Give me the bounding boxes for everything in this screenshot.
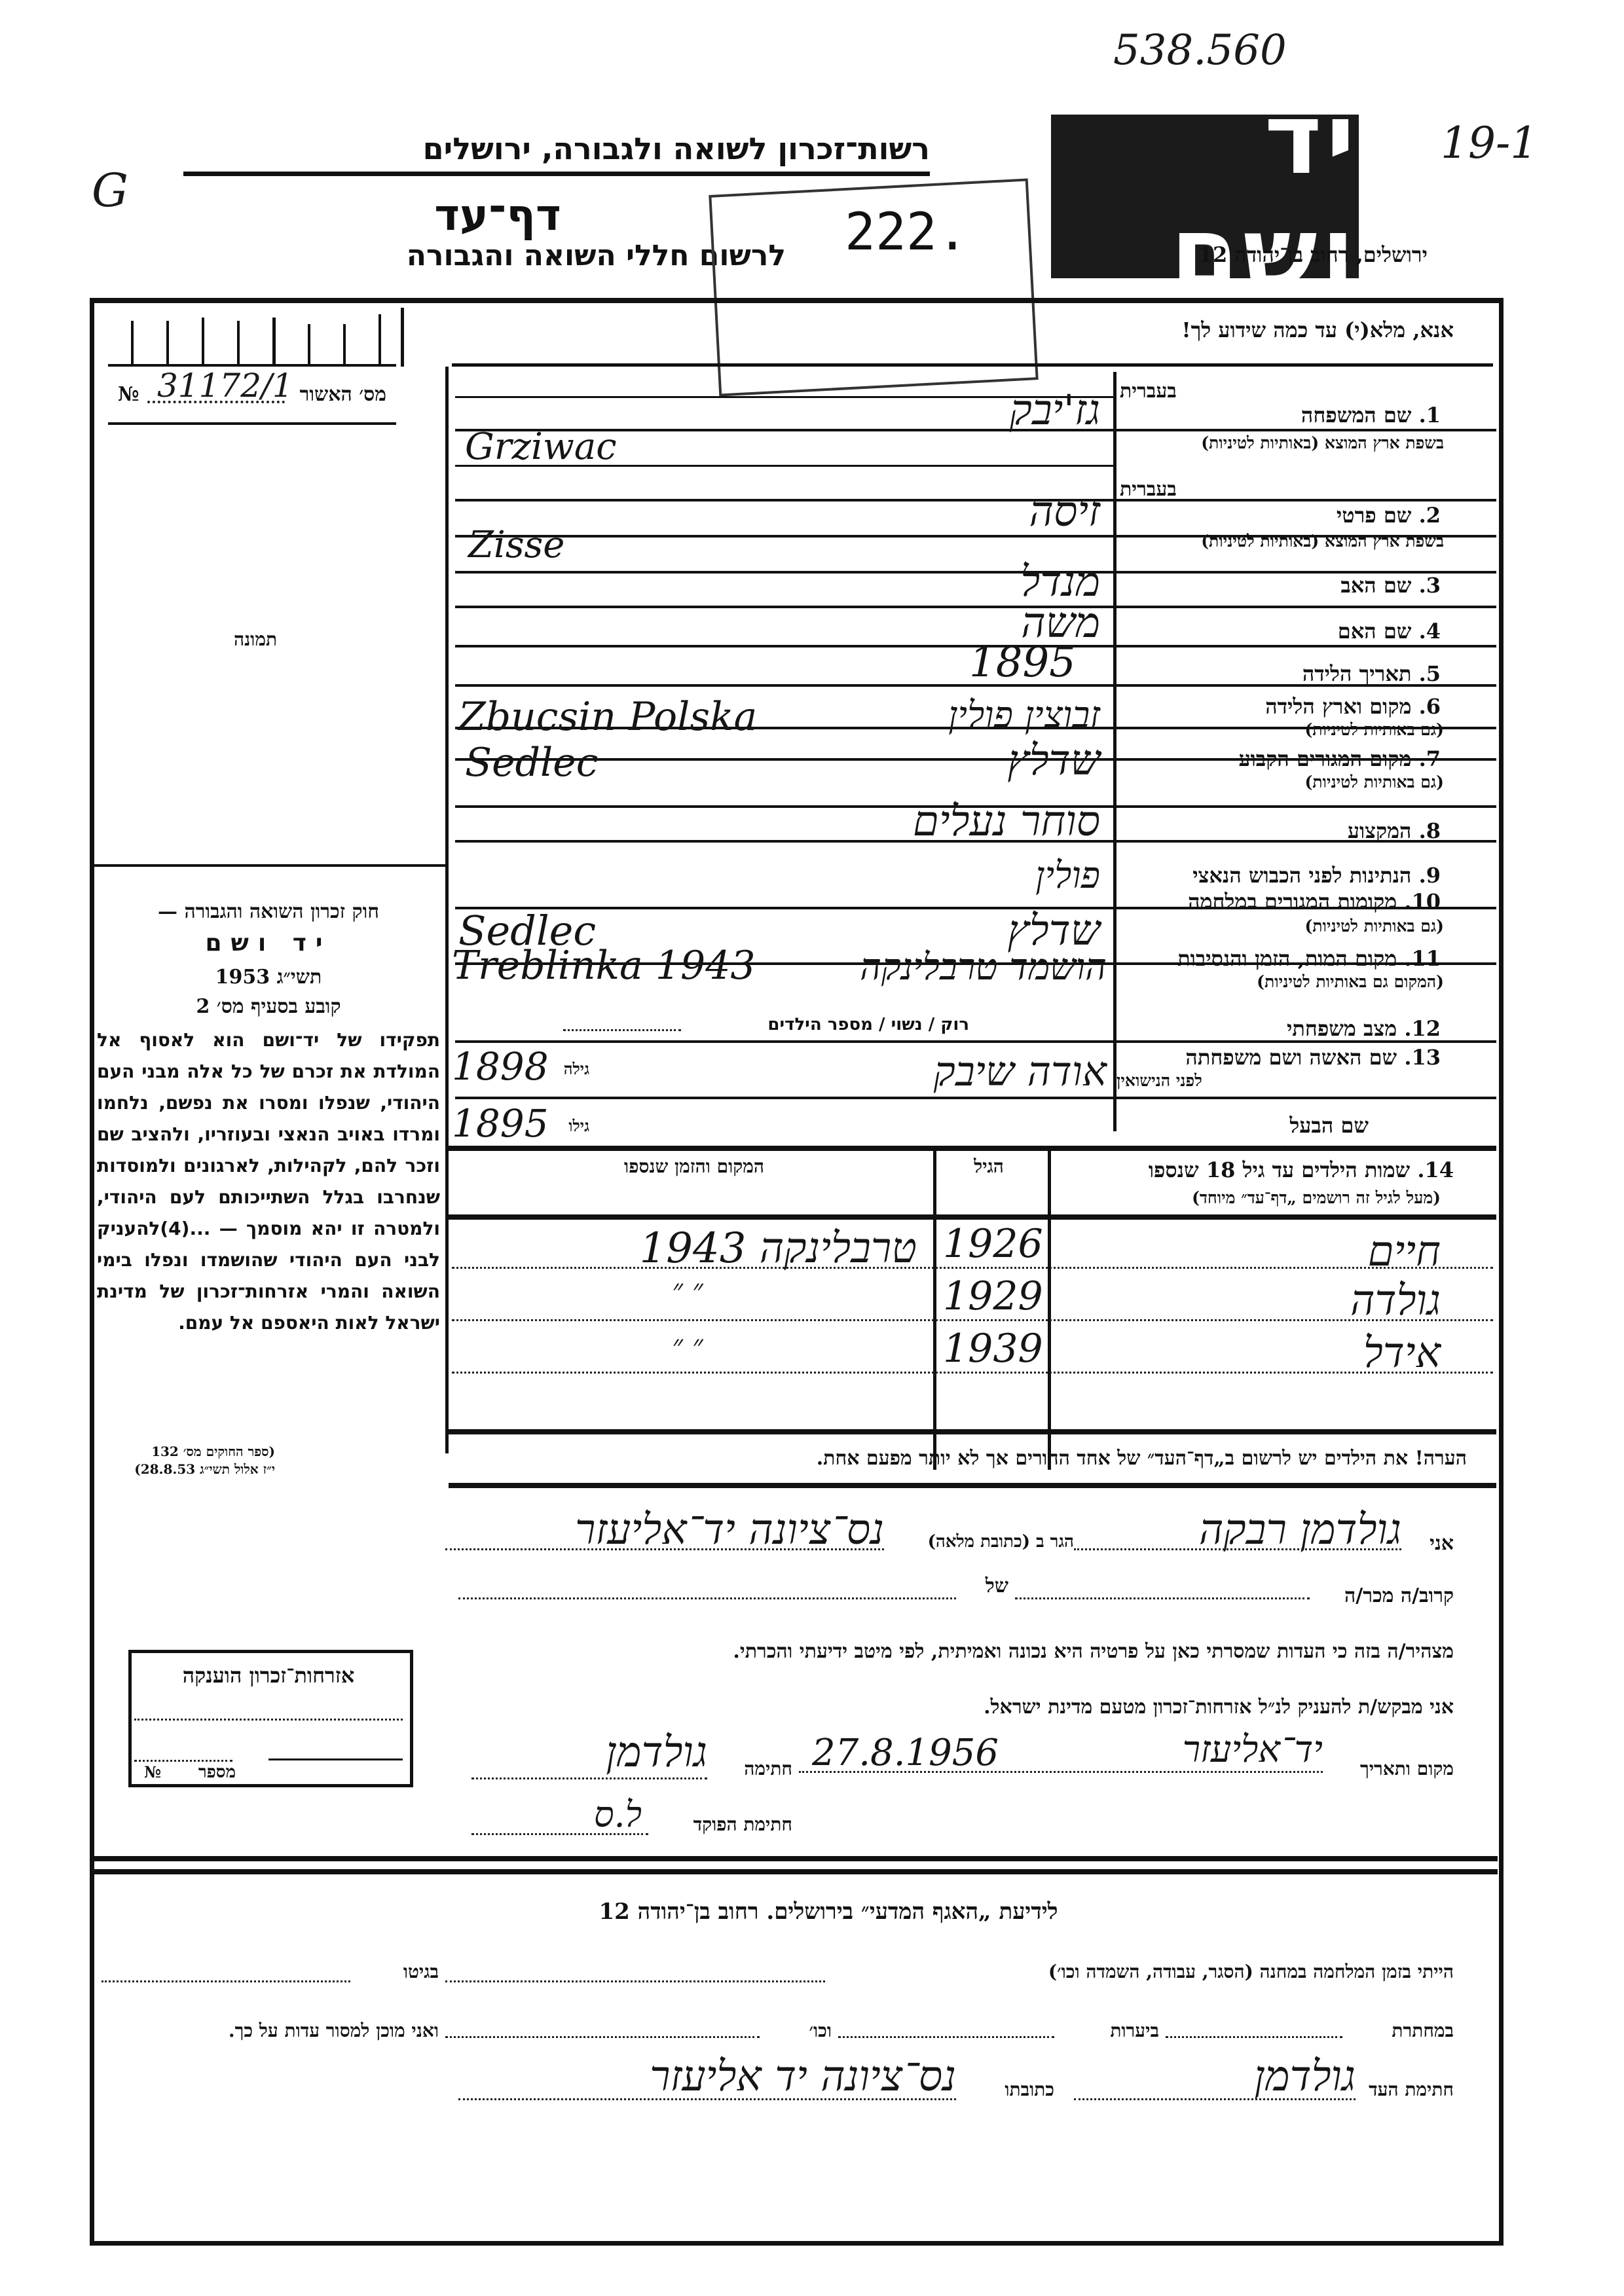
field-2-value-hebrew[interactable]: זיסה xyxy=(904,488,1100,536)
field-10-num: 10. xyxy=(1404,889,1441,914)
field-5-title: תאריך הלידה xyxy=(1302,661,1412,686)
field-13-num: 13. xyxy=(1404,1045,1441,1070)
citizenship-line-3 xyxy=(268,1758,403,1760)
field-7-title: מקום המגורים הקבוע xyxy=(1238,746,1411,771)
col-age-header: הגיל xyxy=(943,1156,1035,1178)
husband-label: שם הבעל xyxy=(1126,1113,1369,1138)
address: ירושלים, רחוב בן־יהודה 12 xyxy=(1061,242,1428,267)
footer-divider-top xyxy=(90,1856,1498,1861)
field-2-label: 2. שם פרטי xyxy=(1126,503,1441,528)
law-body: תפקידו של יד־ושם הוא לאסוף אל המולדת את … xyxy=(97,1025,440,1339)
field-10-label: 10. מקומות המגורים במלחמה xyxy=(1126,889,1441,914)
field-6-label: 6. מקום וארץ הלידה xyxy=(1126,694,1441,719)
no-symbol: № xyxy=(118,383,139,406)
date-value[interactable]: 27.8.1956 xyxy=(812,1732,999,1774)
children-bottom-divider xyxy=(449,1429,1496,1434)
field-7-num: 7. xyxy=(1419,746,1441,771)
children-title: 14. שמות הילדים עד גיל 18 שנספו xyxy=(1041,1157,1454,1182)
tick xyxy=(343,324,346,364)
field-2-sub: בשפת ארץ המוצא (באותיות לטיניות) xyxy=(1116,532,1444,551)
tick xyxy=(378,314,381,364)
ani-label: אני xyxy=(1408,1532,1454,1555)
wife-age-label: גילה xyxy=(544,1059,589,1079)
children-title-text: שמות הילדים עד גיל 18 שנספו xyxy=(1149,1157,1410,1182)
field-6-sub: (גם באותיות לטיניות) xyxy=(1116,720,1444,740)
field-1-label: 1. שם המשפחה xyxy=(1126,403,1441,428)
field-3-title: שם האב xyxy=(1340,573,1411,598)
field-7-label: 7. מקום המגורים הקבוע xyxy=(1126,746,1441,771)
field-1-title: שם המשפחה xyxy=(1301,403,1412,428)
field-6-value-hebrew[interactable]: זבוצין פולין xyxy=(838,694,1100,737)
field-2-hebrew-tag: בעברית xyxy=(1120,478,1290,501)
field-5-label: 5. תאריך הלידה xyxy=(1126,661,1441,686)
request: אני מבקש/ת להעניק לנ״ל אזרחות־זכרון מטעם… xyxy=(720,1696,1454,1719)
field-1-value-hebrew[interactable]: גז'יבק xyxy=(904,386,1100,435)
citizenship-title: אזרחות־זכרון הוענקה xyxy=(138,1663,399,1688)
field-1-hebrew-tag: בעברית xyxy=(1120,380,1290,403)
child-3-name[interactable]: אידל xyxy=(1179,1329,1441,1377)
declarant-address-line xyxy=(445,1548,884,1550)
field-7-value-latin[interactable]: Sedlec xyxy=(465,740,598,786)
field-9-label: 9. הנתינות לפני הכבוש הנאצי xyxy=(1126,863,1441,888)
officer-label: חתימת הפוקד xyxy=(655,1813,792,1836)
photo-bottom-line xyxy=(90,864,449,867)
field-4-label: 4. שם האם xyxy=(1126,619,1441,644)
field-13-title: שם האשה ושם משפחתה xyxy=(1185,1045,1397,1070)
law-logo: יד ושם xyxy=(98,930,439,957)
approval-label: מס׳ האשור xyxy=(288,383,386,406)
form-title: דף־עד xyxy=(367,190,629,240)
signature-value[interactable]: גולדמן xyxy=(478,1728,707,1777)
field-13-label: 13. שם האשה ושם משפחתה xyxy=(1126,1045,1441,1070)
left-column-divider xyxy=(445,367,449,1453)
field-11-num: 11. xyxy=(1404,946,1441,971)
footer-etc-label: וכו׳ xyxy=(766,2020,832,2042)
witness-signature-line xyxy=(1074,2098,1356,2100)
stamp-number: 222. xyxy=(845,203,968,262)
field-12-label: 12. מצב משפחתי xyxy=(1126,1016,1441,1041)
child-1-age[interactable]: 1926 xyxy=(943,1221,1043,1267)
field-11-title: מקום המות, הזמן והנסיבות xyxy=(1177,946,1397,971)
footer-forests-label: ביערות xyxy=(1061,2020,1159,2042)
resides-label: הגר ב (כתובת מלאה) xyxy=(891,1532,1074,1552)
witness-address-label: כתובתו xyxy=(963,2079,1054,2101)
field-3-num: 3. xyxy=(1419,573,1441,598)
of-label: של xyxy=(969,1575,1008,1597)
child-1-place[interactable]: טרבלינקה 1943 xyxy=(458,1224,917,1273)
field-11-value-latin[interactable]: Treblinka 1943 xyxy=(452,943,756,989)
approval-divider xyxy=(108,422,396,425)
field-1-num: 1. xyxy=(1419,403,1441,428)
section-divider xyxy=(449,1146,1496,1151)
law-year: תשי״ג 1953 xyxy=(98,966,439,989)
header-divider xyxy=(183,172,930,176)
field-1-sub: בשפת ארץ המוצא (באותיות לטיניות) xyxy=(1116,433,1444,453)
wife-age-value[interactable]: 1898 xyxy=(452,1044,549,1089)
law-title: חוק זכרון השואה והגבורה — xyxy=(98,900,439,923)
tick xyxy=(401,308,404,367)
field-9-num: 9. xyxy=(1419,863,1441,888)
children-subtitle: (מעל לגיל זה רושמים „דף־עד״ מיוחד) xyxy=(1041,1188,1441,1208)
note-text: הערה! את הילדים יש לרשום ב„דף־העד״ של אח… xyxy=(458,1447,1467,1470)
tick xyxy=(202,318,204,364)
ghetto-line xyxy=(101,1980,350,1982)
place-date-line xyxy=(799,1771,1323,1773)
field-7-value-hebrew[interactable]: שדלץ xyxy=(904,737,1100,785)
field-5-num: 5. xyxy=(1419,661,1441,686)
field-13-value[interactable]: אודה שיבק xyxy=(753,1048,1107,1096)
form-subtitle: לרשום חללי השואה והגבורה xyxy=(249,239,786,272)
statement: מצהיר/ה בזה כי העדות שמסרתי כאן על פרטיה… xyxy=(458,1640,1454,1663)
camp-line xyxy=(445,1980,825,1982)
law-source-1: (ספר החוקים מס׳ 132 xyxy=(98,1444,275,1460)
field-8-label: 8. המקצוע xyxy=(1126,818,1441,843)
declarant-address[interactable]: נס־ציונה יד־אליעזר xyxy=(445,1506,884,1554)
witness-address-line xyxy=(458,2098,956,2100)
footer-underground-label: במחתרת xyxy=(1349,2020,1454,2042)
field-6-value-latin[interactable]: Zbucsin Polska xyxy=(458,694,757,740)
witness-signature-label: חתימת העד xyxy=(1362,2079,1454,2101)
field-4-num: 4. xyxy=(1419,619,1441,644)
field-5-value[interactable]: 1895 xyxy=(969,638,1076,687)
child-2-age[interactable]: 1929 xyxy=(943,1273,1043,1319)
field-1-value-latin[interactable]: Grziwac xyxy=(465,426,617,468)
tick xyxy=(131,321,134,364)
officer-signature[interactable]: ל.ס xyxy=(511,1794,642,1835)
field-4-title: שם האם xyxy=(1338,619,1412,644)
tick xyxy=(308,324,310,364)
left-margin-mark: G xyxy=(92,164,128,217)
etc-line xyxy=(445,2036,760,2038)
signature-label: חתימה xyxy=(714,1758,792,1780)
footer-title: לידיעת „האגף המדעי״ בירושלים. רחוב בן־יה… xyxy=(458,1899,1198,1925)
children-count-line xyxy=(563,1029,681,1031)
tick xyxy=(166,321,169,364)
husband-age-value[interactable]: 1895 xyxy=(452,1101,549,1146)
relation-label: קרוב/ה מכר/ה xyxy=(1316,1584,1454,1607)
children-header-divider xyxy=(449,1214,1496,1220)
citizenship-number-label: מספר xyxy=(170,1762,236,1782)
footer-testify-label: ואני מוכן למסור עדות על כך. xyxy=(92,2020,439,2042)
approval-number-field[interactable]: 31172/1 xyxy=(157,367,293,405)
field-13-sub: לפני הנישואין xyxy=(1116,1071,1392,1091)
field-11-label: 11. מקום המות, הזמן והנסיבות xyxy=(1126,946,1441,971)
field-6-title: מקום וארץ הלידה xyxy=(1265,694,1411,719)
field-9-value[interactable]: פולין xyxy=(904,854,1100,897)
child-1-name[interactable]: חיים xyxy=(1179,1228,1441,1276)
field-8-value[interactable]: סוחר נעלים xyxy=(773,797,1100,846)
field-8-num: 8. xyxy=(1419,818,1441,843)
witness-signature[interactable]: גולדמן xyxy=(1074,2052,1356,2101)
of-line xyxy=(458,1597,956,1599)
field-8-title: המקצוע xyxy=(1348,818,1412,843)
officer-line xyxy=(471,1833,648,1835)
place-date-label: מקום ותאריך xyxy=(1329,1758,1454,1780)
field-12-options: רוק / נשוי / מספר הילדים xyxy=(681,1015,969,1034)
citizenship-line-2 xyxy=(134,1760,232,1762)
field-11-sub: (המקום גם באותיות לטיניות) xyxy=(1116,972,1444,992)
field-12-title: מצב משפחתי xyxy=(1287,1016,1397,1041)
field-2-value-latin[interactable]: Zisse xyxy=(468,524,564,566)
col-divider xyxy=(933,1149,936,1470)
footer-divider-bottom xyxy=(90,1869,1498,1874)
instruction-text: אנא, מלא(י) עד כמה שידוע לך! xyxy=(982,318,1454,342)
field-9-title: הנתינות לפני הכבוש הנאצי xyxy=(1192,863,1411,888)
col-place-header: המקום והזמן שנספו xyxy=(498,1156,891,1178)
children-num: 14. xyxy=(1417,1157,1454,1182)
law-section: קובע בסעיף מס׳ 2 xyxy=(98,995,439,1018)
col-divider xyxy=(1048,1149,1051,1470)
photo-placeholder-label[interactable]: תמונה xyxy=(216,629,295,651)
tick xyxy=(272,318,276,364)
husband-age-label: גילו xyxy=(544,1116,589,1136)
place-value[interactable]: יד־אליעזר xyxy=(1061,1728,1323,1771)
label-column-divider xyxy=(1113,372,1116,1131)
field-12-num: 12. xyxy=(1404,1016,1441,1041)
relation-line xyxy=(1015,1597,1310,1599)
child-3-place[interactable]: ״ ״ xyxy=(458,1329,917,1362)
child-2-name[interactable]: גולדה xyxy=(1179,1277,1441,1325)
field-2-num: 2. xyxy=(1419,503,1441,528)
witness-address[interactable]: נס־ציונה יד אליעזר xyxy=(458,2052,956,2101)
underground-line xyxy=(1166,2036,1342,2038)
field-6-num: 6. xyxy=(1419,694,1441,719)
law-source-2: י״ז אלול תשי״ג 28.8.53) xyxy=(98,1461,275,1478)
instruction-divider xyxy=(452,363,1493,367)
citizenship-no-symbol: № xyxy=(144,1762,161,1781)
org-name: רשות־זכרון לשואה ולגבורה, ירושלים xyxy=(183,131,930,166)
child-2-place[interactable]: ״ ״ xyxy=(458,1273,917,1307)
declarant-name[interactable]: גולדמן רבקה xyxy=(1074,1506,1401,1554)
top-right-code: 19-1 xyxy=(1441,118,1538,168)
footer-ghetto-label: בגיטו xyxy=(354,1961,439,1983)
field-3-label: 3. שם האב xyxy=(1126,573,1441,598)
child-3-age[interactable]: 1939 xyxy=(943,1326,1043,1372)
field-7-sub: (גם באותיות לטיניות) xyxy=(1116,773,1444,792)
footer-camp-label: הייתי בזמן המלחמה במחנה (הסגר, עבודה, הש… xyxy=(838,1961,1454,1983)
tick xyxy=(237,321,240,364)
field-10-title: מקומות המגורים במלחמה xyxy=(1188,889,1397,914)
field-2-title: שם פרטי xyxy=(1337,503,1412,528)
signature-line xyxy=(471,1777,707,1779)
field-10-sub: (גם באותיות לטיניות) xyxy=(1116,917,1444,936)
row-line xyxy=(455,1097,1496,1099)
note-divider xyxy=(449,1483,1496,1488)
top-archive-number: 538.560 xyxy=(1113,26,1287,75)
citizenship-line-1 xyxy=(134,1719,403,1721)
field-11-value-hebrew[interactable]: הושמד טרבלינקה xyxy=(740,946,1107,989)
forests-line xyxy=(838,2036,1054,2038)
declarant-name-line xyxy=(1074,1548,1401,1550)
